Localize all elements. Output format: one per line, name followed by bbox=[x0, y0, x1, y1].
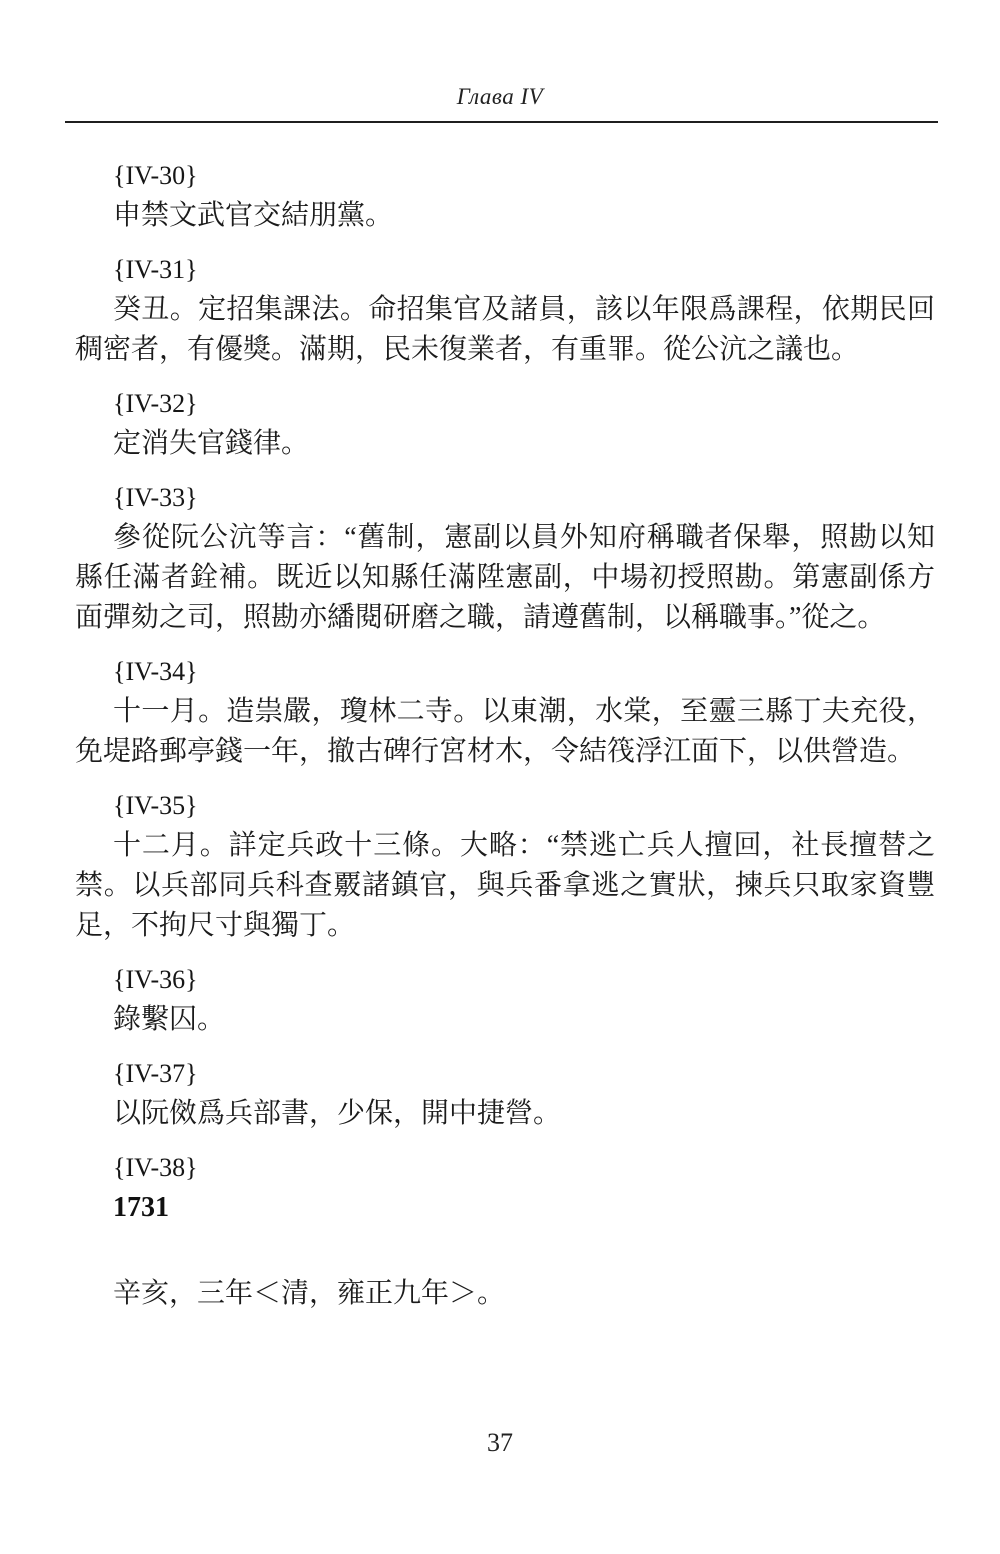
entry-label: {IV-38} bbox=[75, 1148, 935, 1188]
entry-label: {IV-30} bbox=[75, 156, 935, 196]
entry-text: 以阮傚爲兵部書，少保，開中捷營。 bbox=[75, 1094, 935, 1134]
entry-section-iv34: {IV-34} 十一月。造祟嚴，瓊林二寺。以東潮，水棠，至靈三縣丁夫充役，免堤路… bbox=[75, 652, 935, 772]
year-heading: 1731 bbox=[75, 1188, 935, 1228]
entry-section-iv33: {IV-33} 參從阮公沆等言：“舊制，憲副以員外知府稱職者保舉，照勘以知縣任滿… bbox=[75, 478, 935, 638]
entry-section-iv32: {IV-32} 定消失官錢律。 bbox=[75, 384, 935, 464]
entry-text: 十二月。詳定兵政十三條。大略：“禁逃亡兵人擅回，社長擅替之禁。以兵部同兵科查覈諸… bbox=[75, 826, 935, 946]
chapter-header: Глава IV bbox=[0, 84, 1000, 110]
header-divider-rule bbox=[65, 121, 938, 123]
page-body: {IV-30} 申禁文武官交結朋黨。 {IV-31} 癸丑。定招集課法。命招集官… bbox=[75, 156, 935, 1314]
entry-text: 申禁文武官交結朋黨。 bbox=[75, 196, 935, 236]
entry-label: {IV-33} bbox=[75, 478, 935, 518]
entry-label: {IV-31} bbox=[75, 250, 935, 290]
entry-label: {IV-32} bbox=[75, 384, 935, 424]
entry-section-iv30: {IV-30} 申禁文武官交結朋黨。 bbox=[75, 156, 935, 236]
entry-text: 十一月。造祟嚴，瓊林二寺。以東潮，水棠，至靈三縣丁夫充役，免堤路郵亭錢一年，撤古… bbox=[75, 692, 935, 772]
entry-text: 癸丑。定招集課法。命招集官及諸員，該以年限爲課程，依期民回稠密者，有優獎。滿期，… bbox=[75, 290, 935, 370]
entry-section-iv36: {IV-36} 錄繫囚。 bbox=[75, 960, 935, 1040]
entry-section-iv35: {IV-35} 十二月。詳定兵政十三條。大略：“禁逃亡兵人擅回，社長擅替之禁。以… bbox=[75, 786, 935, 946]
entry-label: {IV-36} bbox=[75, 960, 935, 1000]
entry-text: 定消失官錢律。 bbox=[75, 424, 935, 464]
entry-text: 錄繫囚。 bbox=[75, 1000, 935, 1040]
entry-section-iv31: {IV-31} 癸丑。定招集課法。命招集官及諸員，該以年限爲課程，依期民回稠密者… bbox=[75, 250, 935, 370]
year-entry-line: 辛亥，三年＜清，雍正九年＞。 bbox=[75, 1274, 935, 1314]
scanned-page: Глава IV {IV-30} 申禁文武官交結朋黨。 {IV-31} 癸丑。定… bbox=[0, 0, 1000, 1554]
entry-text: 參從阮公沆等言：“舊制，憲副以員外知府稱職者保舉，照勘以知縣任滿者銓補。既近以知… bbox=[75, 518, 935, 638]
entry-section-iv37: {IV-37} 以阮傚爲兵部書，少保，開中捷營。 bbox=[75, 1054, 935, 1134]
entry-label: {IV-34} bbox=[75, 652, 935, 692]
entry-label: {IV-35} bbox=[75, 786, 935, 826]
entry-label: {IV-37} bbox=[75, 1054, 935, 1094]
page-number: 37 bbox=[0, 1428, 1000, 1458]
entry-section-iv38: {IV-38} 1731 bbox=[75, 1148, 935, 1228]
